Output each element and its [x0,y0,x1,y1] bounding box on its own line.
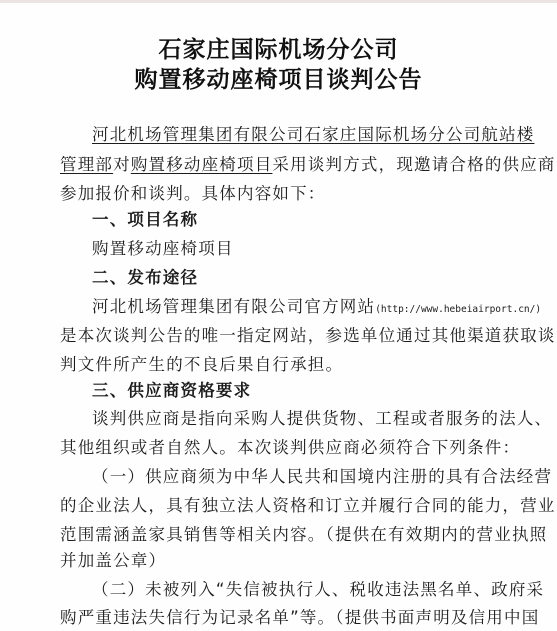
section-2-line-3: 判文件所产生的不良后果自行承担。 [60,355,343,375]
website-url-link[interactable]: (http://www.hebeiairport.cn/) [375,304,541,315]
intro-line-2: 管理部对购置移动座椅项目采用谈判方式，现邀请合格的供应商 [60,155,556,175]
document-page: 石家庄国际机场分公司 购置移动座椅项目谈判公告 河北机场管理集团有限公司石家庄国… [0,3,557,631]
intro-line-3: 参加报价和谈判。具体内容如下： [60,184,326,204]
section-2-line-2: 是本次谈判公告的唯一指定网站，参选单位通过其他渠道获取谈 [60,326,556,346]
section-1-text: 购置移动座椅项目 [92,239,234,259]
website-owner: 河北机场管理集团有限公司官方网站 [92,297,375,316]
section-3-heading: 三、供应商资格要求 [92,381,251,401]
section-1-heading: 一、项目名称 [92,210,198,230]
section-3-line-2: 其他组织或者自然人。本次谈判供应商必须符合下列条件： [60,438,520,458]
section-3-line-1: 谈判供应商是指向采购人提供货物、工程或者服务的法人、 [92,409,552,429]
intro-text: 对 [113,155,131,174]
organization-name: 河北机场管理集团有限公司石家庄国际机场分公司航站楼 [92,125,535,144]
section-3-line-6: 并加盖公章） [60,551,166,571]
section-3-line-4: 的企业法人，具有独立法人资格和订立并履行合同的能力，营业 [60,496,556,516]
intro-text: 采用谈判方式，现邀请合格的供应商 [272,155,555,174]
section-3-line-5: 范围需涵盖家具销售等相关内容。（提供在有效期内的营业执照 [60,525,547,545]
section-2-line-1: 河北机场管理集团有限公司官方网站(http://www.hebeiairport… [92,297,541,320]
section-2-heading: 二、发布途径 [92,268,198,288]
section-3-line-8: 购严重违法失信行为记录名单”等。（提供书面声明及信用中国 [60,608,539,628]
department-name: 管理部 [60,155,113,174]
section-3-line-7: （二）未被列入“失信被执行人、税收违法黑名单、政府采 [92,580,544,600]
title-line-2: 购置移动座椅项目谈判公告 [0,61,557,94]
title-line-1: 石家庄国际机场分公司 [0,31,557,64]
intro-line-1: 河北机场管理集团有限公司石家庄国际机场分公司航站楼 [92,125,535,145]
section-3-line-3: （一）供应商须为中华人民共和国境内注册的具有合法经营 [92,467,552,487]
project-name-underlined: 购置移动座椅项目 [131,155,273,174]
